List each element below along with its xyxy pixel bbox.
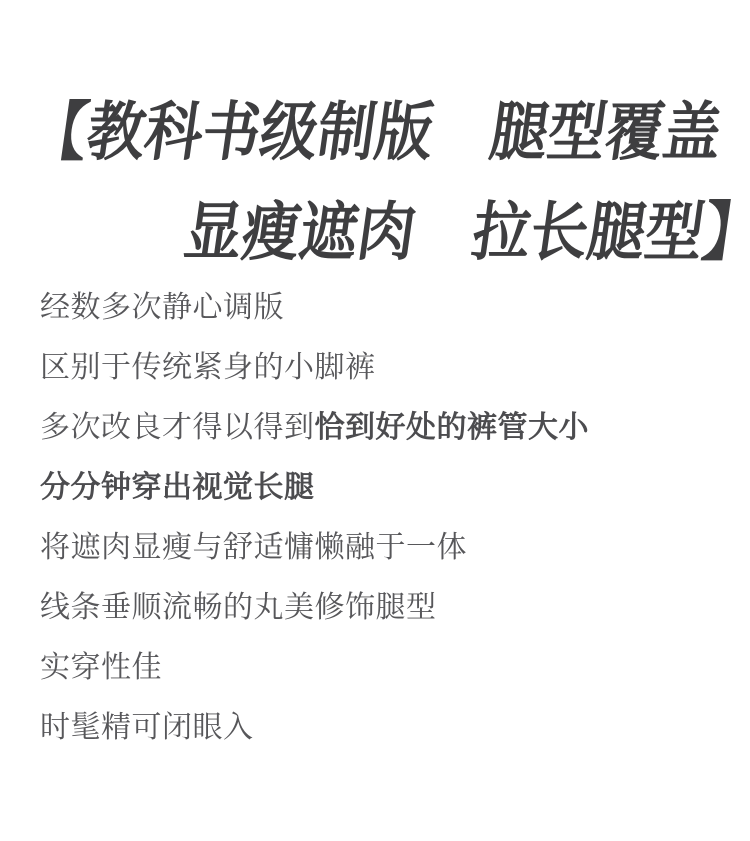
copy-line-text: 实穿性佳 <box>40 651 162 684</box>
copy-line: 时髦精可闭眼入 <box>40 698 589 758</box>
copy-line-text: 将遮肉显瘦与舒适慵懒融于一体 <box>40 531 467 564</box>
copy-line-text: 时髦精可闭眼入 <box>40 711 254 744</box>
body-copy: 经数多次静心调版 区别于传统紧身的小脚裤 多次改良才得以得到恰到好处的裤管大小 … <box>40 278 589 758</box>
copy-line-text: 经数多次静心调版 <box>40 291 284 324</box>
copy-line: 将遮肉显瘦与舒适慵懒融于一体 <box>40 518 589 578</box>
copy-line-bold-text: 分分钟穿出视觉长腿 <box>40 471 315 504</box>
headline-line-1: 【教科书级制版 腿型覆盖 <box>25 95 727 170</box>
copy-line: 区别于传统紧身的小脚裤 <box>40 338 589 398</box>
copy-line-text: 线条垂顺流畅的丸美修饰腿型 <box>40 591 437 624</box>
copy-line-bold-text: 恰到好处的裤管大小 <box>315 411 590 444</box>
headline-line-2: 显瘦遮肉 拉长腿型】 <box>180 195 750 270</box>
copy-line: 经数多次静心调版 <box>40 278 589 338</box>
product-description-panel: 【教科书级制版 腿型覆盖 显瘦遮肉 拉长腿型】 经数多次静心调版 区别于传统紧身… <box>0 0 750 841</box>
copy-line-text: 多次改良才得以得到 <box>40 411 315 444</box>
copy-line: 多次改良才得以得到恰到好处的裤管大小 <box>40 398 589 458</box>
copy-line: 实穿性佳 <box>40 638 589 698</box>
copy-line: 线条垂顺流畅的丸美修饰腿型 <box>40 578 589 638</box>
copy-line-text: 区别于传统紧身的小脚裤 <box>40 351 376 384</box>
copy-line: 分分钟穿出视觉长腿 <box>40 458 589 518</box>
